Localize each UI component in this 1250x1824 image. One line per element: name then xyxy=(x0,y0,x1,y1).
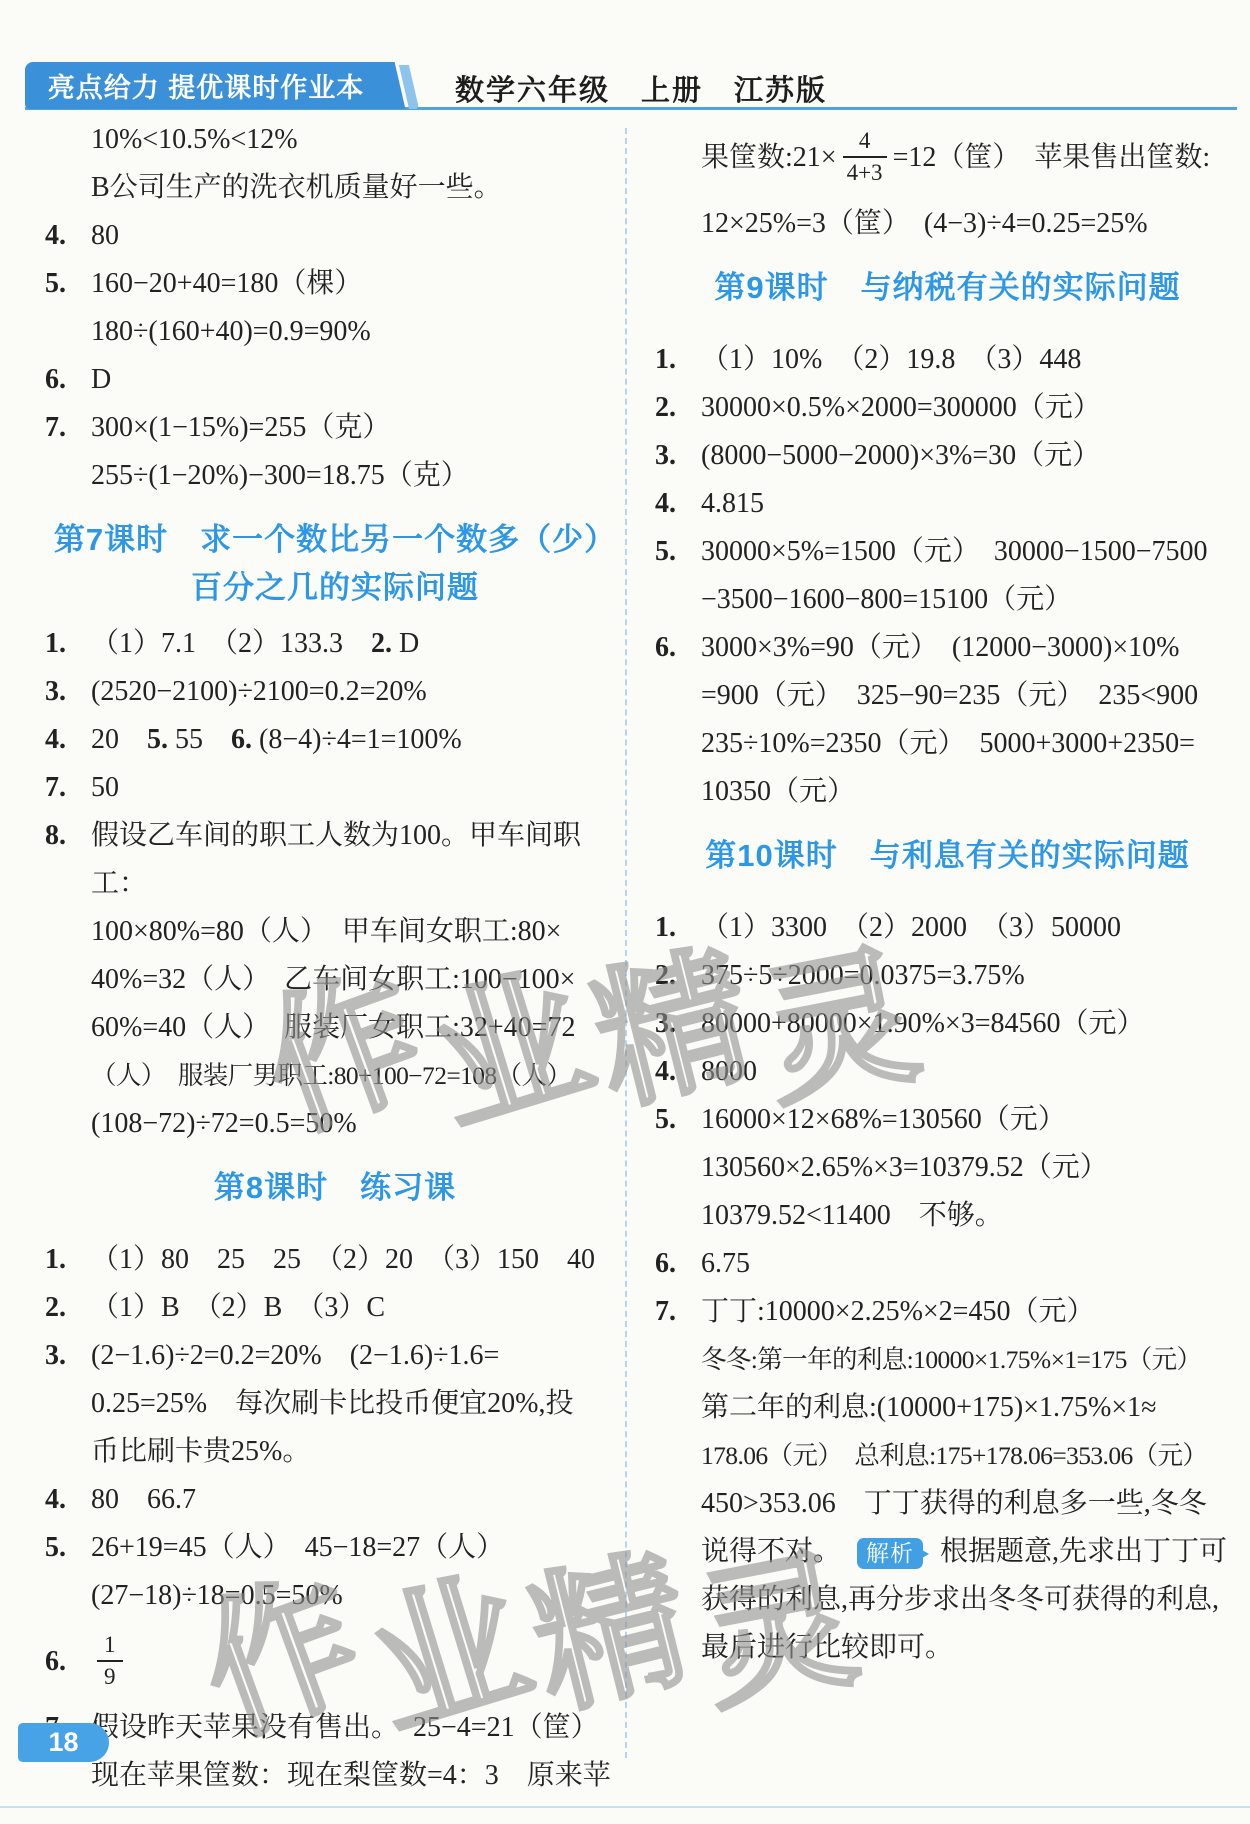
item-number: 4. xyxy=(45,1476,66,1524)
item-number: 7. xyxy=(655,1288,676,1336)
answer-line: 获得的利息,再分步求出冬冬可获得的利息, xyxy=(655,1576,1240,1624)
answer-line: 450>353.06 丁丁获得的利息多一些,冬冬 xyxy=(655,1480,1240,1528)
answer-line: 7.假设昨天苹果没有售出。 25−4=21（筐） xyxy=(45,1704,625,1752)
answer-line: 1.（1）3300 （2）2000 （3）50000 xyxy=(655,904,1240,952)
answer-line: （人） 服装厂男职工:80+100−72=108（人） xyxy=(45,1052,625,1100)
jiexi-badge: 解析 xyxy=(857,1538,923,1569)
fraction: 19 xyxy=(97,1631,123,1690)
page-number: 18 xyxy=(48,1727,78,1758)
item-number: 4. xyxy=(45,212,66,260)
answer-line: 最后进行比较即可。 xyxy=(655,1624,1240,1672)
answer-line: 5.160−20+40=180（棵） xyxy=(45,260,625,308)
item-number: 3. xyxy=(655,432,676,480)
brand-banner: 亮点给力 提优课时作业本 xyxy=(25,62,387,109)
answer-line: 1.（1）80 25 25 （2）20 （3）150 40 xyxy=(45,1236,625,1284)
answer-line: 2.30000×0.5%×2000=300000（元） xyxy=(655,384,1240,432)
answer-line: 40%=32（人） 乙车间女职工:100−100× xyxy=(45,956,625,1004)
answer-line: 4.4.815 xyxy=(655,480,1240,528)
section-heading: 第8课时 练习课 xyxy=(45,1164,625,1212)
item-number: 6. xyxy=(655,624,676,672)
brand-title: 亮点给力 提优课时作业本 xyxy=(48,66,365,105)
page-number-badge: 18 xyxy=(18,1723,109,1762)
item-number: 5. xyxy=(655,528,676,576)
answer-line: 3.(8000−5000−2000)×3%=30（元） xyxy=(655,432,1240,480)
answer-line: (108−72)÷72=0.5=50% xyxy=(45,1100,625,1148)
answer-line: 说得不对。 解析 根据题意,先求出丁丁可 xyxy=(655,1528,1240,1576)
answer-line: 第二年的利息:(10000+175)×1.75%×1≈ xyxy=(655,1384,1240,1432)
answer-line: 6.19 xyxy=(45,1620,625,1704)
answer-line: 2.（1）B （2）B （3）C xyxy=(45,1284,625,1332)
answer-line: 10350（元） xyxy=(655,768,1240,816)
answer-line: 8.假设乙车间的职工人数为100。甲车间职工： xyxy=(45,812,625,908)
item-number: 6. xyxy=(655,1240,676,1288)
item-number: 3. xyxy=(655,1000,676,1048)
answer-line: 130560×2.65%×3=10379.52（元） xyxy=(655,1144,1240,1192)
answer-line: 1.（1）7.1 （2）133.3 2. D xyxy=(45,620,625,668)
item-number: 4. xyxy=(655,1048,676,1096)
section-heading: 第9课时 与纳税有关的实际问题 xyxy=(655,264,1240,312)
answers-column-right: 果筐数:21×44+3=12（筐） 苹果售出筐数:12×25%=3（筐） (4−… xyxy=(655,116,1240,1672)
answer-line: 7.300×(1−15%)=255（克） xyxy=(45,404,625,452)
item-number: 2. xyxy=(655,384,676,432)
answer-line: −3500−1600−800=15100（元） xyxy=(655,576,1240,624)
item-number: 6. xyxy=(231,724,252,755)
answer-line: 4.20 5. 55 6. (8−4)÷4=1=100% xyxy=(45,716,625,764)
item-number: 1. xyxy=(45,1236,66,1284)
item-number: 7. xyxy=(45,764,66,812)
item-number: 2. xyxy=(371,628,392,659)
answer-line: 100×80%=80（人） 甲车间女职工:80× xyxy=(45,908,625,956)
answer-line: 235÷10%=2350（元） 5000+3000+2350= xyxy=(655,720,1240,768)
section-heading: 百分之几的实际问题 xyxy=(45,564,625,612)
answer-line: 4.8000 xyxy=(655,1048,1240,1096)
answer-line: 7.丁丁:10000×2.25%×2=450（元） xyxy=(655,1288,1240,1336)
answer-line: 4.80 66.7 xyxy=(45,1476,625,1524)
answer-line: 7.50 xyxy=(45,764,625,812)
answer-line: B公司生产的洗衣机质量好一些。 xyxy=(45,164,625,212)
answers-column-left: 10%<10.5%<12%B公司生产的洗衣机质量好一些。4.805.160−20… xyxy=(45,116,625,1800)
answer-line: 178.06（元） 总利息:175+178.06=353.06（元） xyxy=(655,1432,1240,1480)
item-number: 5. xyxy=(147,724,168,755)
answer-line: 180÷(160+40)=0.9=90% xyxy=(45,308,625,356)
item-number: 3. xyxy=(45,668,66,716)
answer-line: 果筐数:21×44+3=12（筐） 苹果售出筐数: xyxy=(655,116,1240,200)
item-number: 5. xyxy=(655,1096,676,1144)
item-number: 8. xyxy=(45,812,66,860)
answer-line: 4.80 xyxy=(45,212,625,260)
edition-title: 数学六年级 上册 江苏版 xyxy=(455,68,827,109)
answer-line: 冬冬:第一年的利息:10000×1.75%×1=175（元） xyxy=(655,1336,1240,1384)
answer-line: 2.375÷5÷2000=0.0375=3.75% xyxy=(655,952,1240,1000)
item-number: 4. xyxy=(655,480,676,528)
answer-line: 6.D xyxy=(45,356,625,404)
answer-line: 1.（1）10% （2）19.8 （3）448 xyxy=(655,336,1240,384)
page-bottom-rule xyxy=(0,1806,1250,1808)
answer-line: 5.26+19=45（人） 45−18=27（人） xyxy=(45,1524,625,1572)
answer-line: =900（元） 325−90=235（元） 235<900 xyxy=(655,672,1240,720)
item-number: 6. xyxy=(45,1620,66,1704)
answer-line: 12×25%=3（筐） (4−3)÷4=0.25=25% xyxy=(655,200,1240,248)
answer-line: 10379.52<11400 不够。 xyxy=(655,1192,1240,1240)
item-number: 1. xyxy=(655,336,676,384)
answer-line: 255÷(1−20%)−300=18.75（克） xyxy=(45,452,625,500)
item-number: 2. xyxy=(655,952,676,1000)
item-number: 1. xyxy=(655,904,676,952)
answer-line: 3.(2−1.6)÷2=0.2=20% (2−1.6)÷1.6= xyxy=(45,1332,625,1380)
item-number: 4. xyxy=(45,716,66,764)
answer-line: 3.(2520−2100)÷2100=0.2=20% xyxy=(45,668,625,716)
answer-line: 0.25=25% 每次刷卡比投币便宜20%,投 xyxy=(45,1380,625,1428)
column-divider xyxy=(625,128,627,1758)
section-heading: 第7课时 求一个数比另一个数多（少） xyxy=(45,516,625,564)
item-number: 5. xyxy=(45,260,66,308)
section-heading: 第10课时 与利息有关的实际问题 xyxy=(655,832,1240,880)
answer-line: 6.6.75 xyxy=(655,1240,1240,1288)
item-number: 7. xyxy=(45,404,66,452)
item-number: 2. xyxy=(45,1284,66,1332)
item-number: 5. xyxy=(45,1524,66,1572)
fraction: 44+3 xyxy=(843,127,887,186)
answer-line: 币比刷卡贵25%。 xyxy=(45,1428,625,1476)
item-number: 6. xyxy=(45,356,66,404)
answer-line: 10%<10.5%<12% xyxy=(45,116,625,164)
item-number: 1. xyxy=(45,620,66,668)
answer-line: 3.80000+80000×1.90%×3=84560（元） xyxy=(655,1000,1240,1048)
page: 亮点给力 提优课时作业本 数学六年级 上册 江苏版 10%<10.5%<12%B… xyxy=(0,0,1250,1824)
answer-line: 6.3000×3%=90（元） (12000−3000)×10% xyxy=(655,624,1240,672)
answer-line: 5.16000×12×68%=130560（元） xyxy=(655,1096,1240,1144)
answer-line: 60%=40（人） 服装厂女职工:32+40=72 xyxy=(45,1004,625,1052)
answer-line: 5.30000×5%=1500（元） 30000−1500−7500 xyxy=(655,528,1240,576)
item-number: 3. xyxy=(45,1332,66,1380)
answer-line: 现在苹果筐数：现在梨筐数=4：3 原来苹 xyxy=(45,1752,625,1800)
answer-line: (27−18)÷18=0.5=50% xyxy=(45,1572,625,1620)
